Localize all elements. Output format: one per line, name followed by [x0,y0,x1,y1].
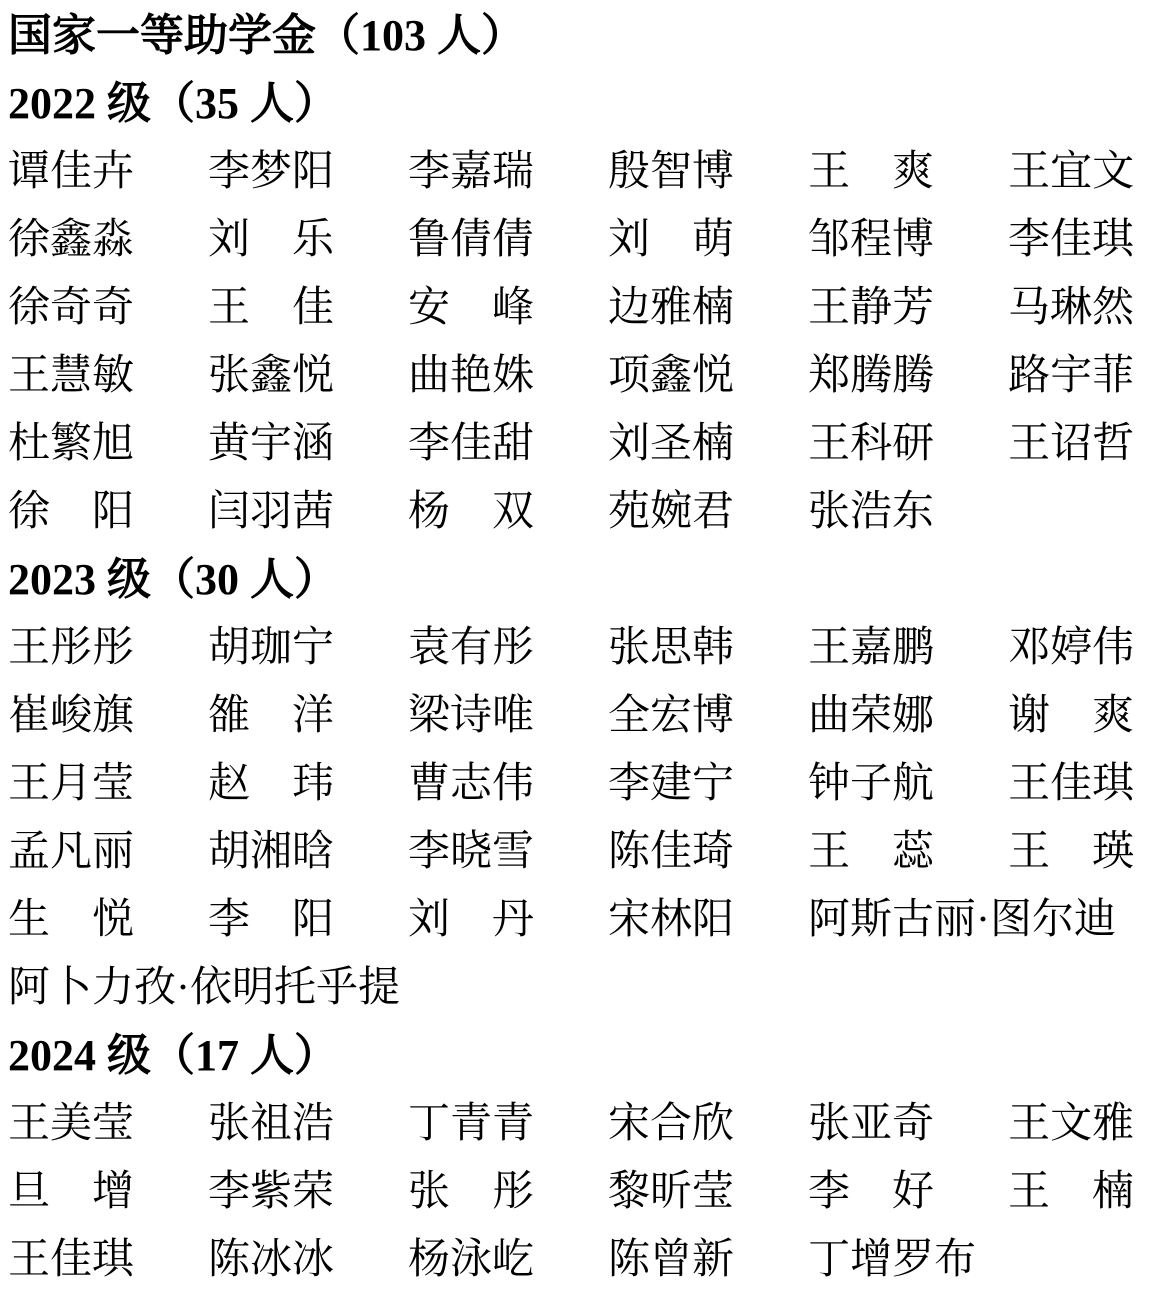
student-name: 王佳琪 [8,1226,134,1294]
student-name: 丁增罗布 [808,1226,976,1294]
student-name: 张彤 [408,1158,534,1226]
name-row: 王美莹张祖浩丁青青宋合欣张亚奇王文雅 [8,1090,1163,1158]
student-name: 李好 [808,1158,934,1226]
student-name: 黎昕莹 [608,1158,734,1226]
student-name: 王文雅 [1008,1090,1134,1158]
name-row: 王彤彤胡珈宁袁有彤张思韩王嘉鹏邓婷伟 [8,614,1163,682]
student-name: 邹程博 [808,206,934,274]
name-row: 生悦李阳刘丹宋林阳阿斯古丽·图尔迪 [8,886,1163,954]
student-name: 王蕊 [808,818,934,886]
student-name: 阿卜力孜·依明托乎提 [8,954,400,1022]
student-name: 刘圣楠 [608,410,734,478]
student-name: 边雅楠 [608,274,734,342]
student-name: 胡珈宁 [208,614,334,682]
student-name: 王慧敏 [8,342,134,410]
name-row: 阿卜力孜·依明托乎提 [8,954,1163,1022]
student-name: 张浩东 [808,478,934,546]
student-name: 王佳琪 [1008,750,1134,818]
student-name: 李晓雪 [408,818,534,886]
section-heading: 2022 级（35 人） [8,70,1163,138]
student-name: 李佳琪 [1008,206,1134,274]
student-name: 旦增 [8,1158,134,1226]
name-row: 王佳琪陈冰冰杨泳屹陈曾新丁增罗布 [8,1226,1163,1294]
student-name: 李紫荣 [208,1158,334,1226]
name-row: 孟凡丽胡湘晗李晓雪陈佳琦王蕊王瑛 [8,818,1163,886]
page-title: 国家一等助学金（103 人） [8,2,1163,70]
student-name: 钟子航 [808,750,934,818]
student-name: 马琳然 [1008,274,1134,342]
student-name: 李阳 [208,886,334,954]
name-row: 王慧敏张鑫悦曲艳姝项鑫悦郑腾腾路宇菲 [8,342,1163,410]
scholarship-document: 国家一等助学金（103 人） 2022 级（35 人）谭佳卉李梦阳李嘉瑞殷智博王… [0,0,1163,1294]
section-heading: 2024 级（17 人） [8,1022,1163,1090]
student-name: 刘乐 [208,206,334,274]
section-heading: 2023 级（30 人） [8,546,1163,614]
name-row: 王月莹赵玮曹志伟李建宁钟子航王佳琪 [8,750,1163,818]
sections: 2022 级（35 人）谭佳卉李梦阳李嘉瑞殷智博王爽王宜文徐鑫淼刘乐鲁倩倩刘萌邹… [8,70,1163,1294]
student-name: 曹志伟 [408,750,534,818]
student-name: 项鑫悦 [608,342,734,410]
name-row: 谭佳卉李梦阳李嘉瑞殷智博王爽王宜文 [8,138,1163,206]
student-name: 王佳 [208,274,334,342]
student-name: 张亚奇 [808,1090,934,1158]
student-name: 徐奇奇 [8,274,134,342]
student-name: 王瑛 [1008,818,1134,886]
student-name: 阿斯古丽·图尔迪 [808,886,1116,954]
student-name: 殷智博 [608,138,734,206]
student-name: 王嘉鹏 [808,614,934,682]
student-name: 宋合欣 [608,1090,734,1158]
student-name: 王爽 [808,138,934,206]
student-name: 陈曾新 [608,1226,734,1294]
student-name: 杜繁旭 [8,410,134,478]
student-name: 黄宇涵 [208,410,334,478]
student-name: 曲艳姝 [408,342,534,410]
student-name: 李佳甜 [408,410,534,478]
student-name: 徐鑫淼 [8,206,134,274]
student-name: 路宇菲 [1008,342,1134,410]
student-name: 梁诗唯 [408,682,534,750]
student-name: 张鑫悦 [208,342,334,410]
student-name: 丁青青 [408,1090,534,1158]
student-name: 王静芳 [808,274,934,342]
student-name: 刘丹 [408,886,534,954]
student-name: 李嘉瑞 [408,138,534,206]
student-name: 王科研 [808,410,934,478]
student-name: 崔峻旗 [8,682,134,750]
student-name: 安峰 [408,274,534,342]
student-name: 王彤彤 [8,614,134,682]
student-name: 谭佳卉 [8,138,134,206]
student-name: 闫羽茜 [208,478,334,546]
student-name: 王宜文 [1008,138,1134,206]
student-name: 苑婉君 [608,478,734,546]
student-name: 曲荣娜 [808,682,934,750]
student-name: 徐阳 [8,478,134,546]
student-name: 刘萌 [608,206,734,274]
student-name: 陈冰冰 [208,1226,334,1294]
student-name: 王月莹 [8,750,134,818]
student-name: 李建宁 [608,750,734,818]
student-name: 赵玮 [208,750,334,818]
name-row: 徐阳闫羽茜杨双苑婉君张浩东 [8,478,1163,546]
student-name: 王诏哲 [1008,410,1134,478]
student-name: 宋林阳 [608,886,734,954]
student-name: 王楠 [1008,1158,1134,1226]
student-name: 李梦阳 [208,138,334,206]
student-name: 生悦 [8,886,134,954]
student-name: 陈佳琦 [608,818,734,886]
student-name: 孟凡丽 [8,818,134,886]
student-name: 邓婷伟 [1008,614,1134,682]
student-name: 鲁倩倩 [408,206,534,274]
student-name: 张祖浩 [208,1090,334,1158]
student-name: 雒洋 [208,682,334,750]
name-row: 旦增李紫荣张彤黎昕莹李好王楠 [8,1158,1163,1226]
student-name: 杨泳屹 [408,1226,534,1294]
name-row: 杜繁旭黄宇涵李佳甜刘圣楠王科研王诏哲 [8,410,1163,478]
student-name: 张思韩 [608,614,734,682]
student-name: 胡湘晗 [208,818,334,886]
student-name: 杨双 [408,478,534,546]
student-name: 袁有彤 [408,614,534,682]
student-name: 谢爽 [1008,682,1134,750]
student-name: 王美莹 [8,1090,134,1158]
name-row: 徐奇奇王佳安峰边雅楠王静芳马琳然 [8,274,1163,342]
name-row: 崔峻旗雒洋梁诗唯全宏博曲荣娜谢爽 [8,682,1163,750]
student-name: 全宏博 [608,682,734,750]
student-name: 郑腾腾 [808,342,934,410]
name-row: 徐鑫淼刘乐鲁倩倩刘萌邹程博李佳琪 [8,206,1163,274]
